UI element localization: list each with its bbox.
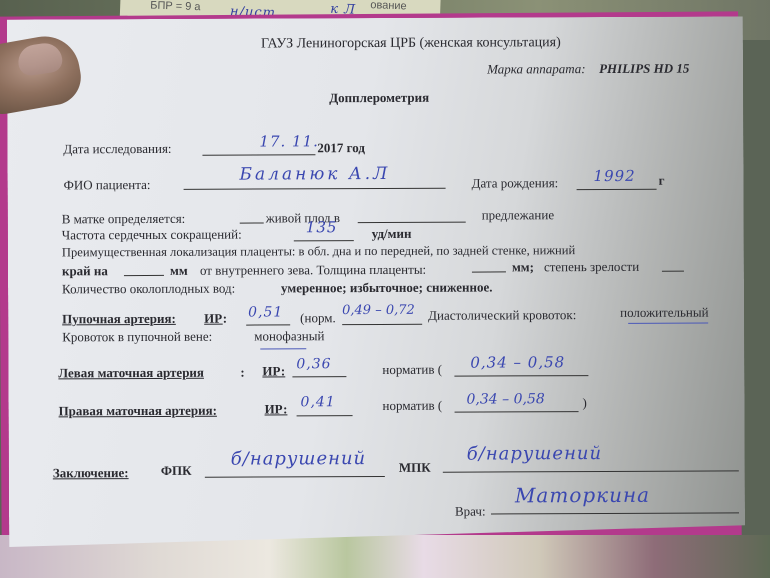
umbilical-ir-label: ИР: [204, 311, 223, 326]
exam-date-suffix: 2017 год: [317, 140, 365, 156]
umbilical-vein-underline: [260, 348, 306, 349]
exam-date-label: Дата исследования:: [63, 141, 171, 157]
right-uterine-norm-label: норматив (: [383, 398, 443, 414]
doctor-signature[interactable]: Маторкина: [515, 483, 650, 508]
background-text-2: ованиe: [370, 0, 407, 12]
left-uterine-ir-line: [292, 376, 346, 377]
umbilical-ir-line: [246, 324, 290, 325]
left-uterine-ir-value[interactable]: 0,36: [296, 356, 331, 372]
amniotic-label: Количество околоплодных вод:: [62, 281, 235, 298]
heart-rate-value[interactable]: 135: [306, 218, 338, 236]
placenta-thickness-blank: [472, 271, 506, 272]
maturity-blank: [662, 271, 684, 272]
uterus-suffix: предлежание: [482, 207, 554, 223]
umbilical-artery-label: Пупочная артерия:: [62, 311, 176, 327]
placenta-localization: Преимущественная локализация плаценты: в…: [62, 243, 575, 260]
doppler-form: ГАУЗ Лениногорская ЦРБ (женская консульт…: [7, 16, 745, 549]
exam-date-value[interactable]: 17. 11.: [259, 132, 319, 150]
birth-date-value[interactable]: 1992: [593, 167, 635, 185]
placenta-mm-2: мм;: [512, 259, 534, 275]
birth-date-suffix: г: [659, 173, 665, 189]
institution-header: ГАУЗ Лениногорская ЦРБ (женская консульт…: [261, 35, 561, 52]
doctor-label: Врач:: [455, 504, 486, 520]
placenta-edge-prefix: край на: [62, 263, 108, 279]
diastolic-underline: [628, 323, 708, 324]
patient-name-label: ФИО пациента:: [64, 177, 151, 193]
umbilical-norm-label: (норм.: [300, 310, 336, 326]
fpk-label: ФПК: [161, 463, 192, 479]
right-uterine-ir-label: ИР:: [265, 401, 288, 417]
placenta-mid: от внутреннего зева. Толщина плаценты:: [200, 262, 426, 279]
mpk-value[interactable]: б/нарушений: [467, 443, 602, 465]
conclusion-label: Заключение:: [53, 465, 129, 481]
maturity-label: степень зрелости: [544, 259, 639, 275]
fpk-value[interactable]: б/нарушений: [231, 448, 366, 470]
uterus-blank-1: [240, 222, 264, 223]
exam-date-line: [202, 154, 315, 155]
umbilical-ir-value[interactable]: 0,51: [248, 304, 283, 320]
right-uterine-ir-line: [297, 415, 353, 416]
amniotic-options: умеренное; избыточное; сниженное.: [281, 279, 493, 296]
heart-rate-line: [294, 240, 354, 241]
uterus-blank-2: [358, 222, 466, 223]
umbilical-norm-value[interactable]: 0,49 – 0,72: [342, 303, 415, 318]
placenta-edge-blank: [124, 275, 164, 276]
left-uterine-norm-label: норматив (: [382, 362, 442, 378]
form-title: Допплерометрия: [329, 90, 429, 106]
device-label: Марка аппарата:: [487, 61, 586, 77]
left-uterine-ir-label: ИР:: [262, 363, 285, 379]
birth-date-line: [577, 189, 657, 190]
patient-name-line: [184, 188, 446, 190]
diastolic-value: положительный: [620, 305, 708, 321]
heart-rate-unit: уд/мин: [372, 226, 412, 242]
right-uterine-norm-value[interactable]: 0,34 – 0,58: [466, 391, 544, 407]
right-uterine-label: Правая маточная артерия:: [59, 403, 217, 420]
right-uterine-norm-line: [455, 411, 579, 413]
background-text: БПР = 9 а: [150, 0, 201, 13]
left-uterine-norm-value[interactable]: 0,34 – 0,58: [470, 353, 565, 371]
placenta-mm-1: мм: [170, 263, 188, 279]
left-uterine-label: Левая маточная артерия: [58, 365, 204, 382]
mpk-line: [443, 470, 739, 472]
device-value: PHILIPS HD 15: [599, 61, 689, 77]
left-uterine-norm-line: [454, 375, 588, 377]
birth-date-label: Дата рождения:: [472, 175, 559, 191]
uterus-label: В матке определяется:: [62, 211, 186, 228]
patient-name-value[interactable]: Баланюк А.Л: [239, 164, 390, 185]
doctor-line: [491, 512, 739, 514]
umbilical-vein-value: монофазный: [254, 328, 324, 344]
right-uterine-norm-close: ): [582, 395, 586, 411]
umbilical-norm-line: [342, 324, 422, 325]
heart-rate-label: Частота сердечных сокращений:: [62, 227, 242, 244]
mpk-label: МПК: [399, 460, 431, 476]
fpk-line: [205, 476, 385, 478]
right-uterine-ir-value[interactable]: 0,41: [300, 394, 335, 410]
umbilical-vein-label: Кровоток в пупочной вене:: [62, 329, 212, 346]
diastolic-label: Диастолический кровоток:: [428, 307, 576, 324]
